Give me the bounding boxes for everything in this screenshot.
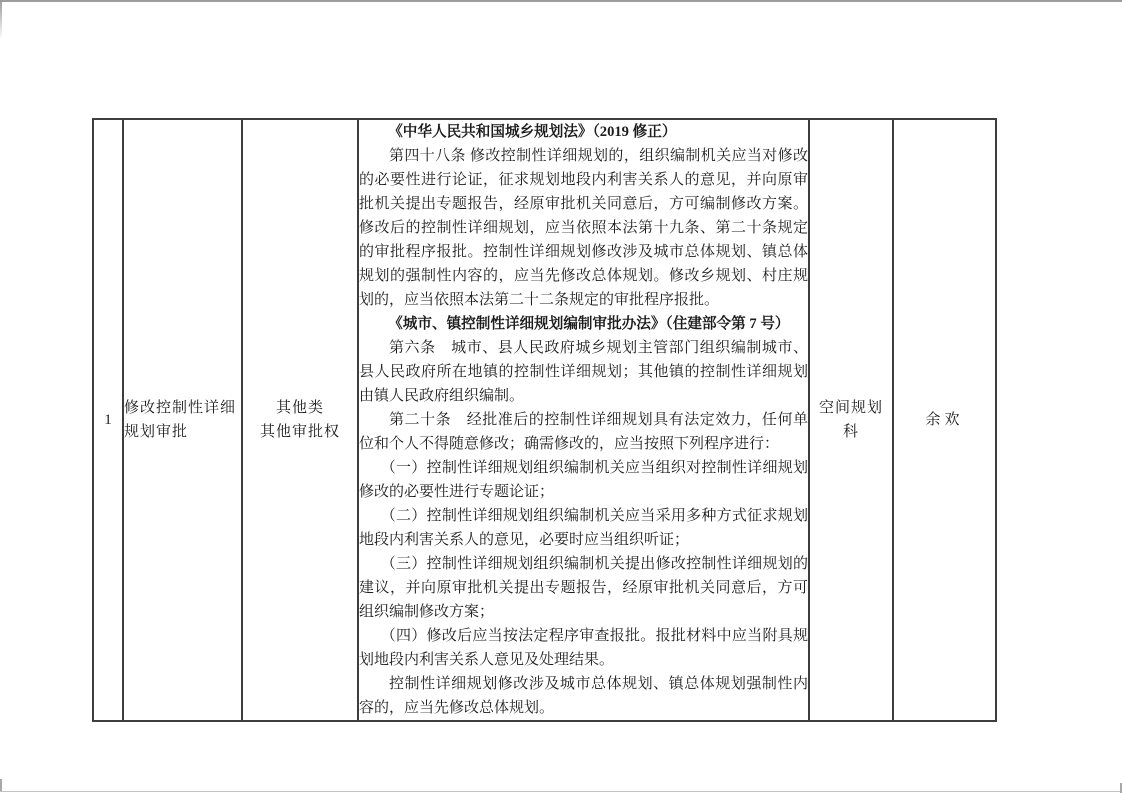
category-cell: 其他类 其他审批权: [242, 119, 358, 721]
legal-paragraph-2: 第六条 城市、县人民政府城乡规划主管部门组织编制城市、县人民政府所在地镇的控制性…: [359, 336, 808, 408]
legal-paragraph-4: 控制性详细规划修改涉及城市总体规划、镇总体规划强制性内容的，应当先修改总体规划。: [359, 672, 808, 720]
legal-heading-1: 《中华人民共和国城乡规划法》（2019 修正）: [359, 120, 808, 144]
department-line-2: 科: [810, 420, 892, 444]
category-line-2: 其他审批权: [243, 420, 357, 444]
document-page: 1 修改控制性详细 规划审批 其他类 其他审批权 《中华人民共和国城乡规划法》（…: [0, 0, 1122, 793]
legal-subitem-3: （三）控制性详细规划组织编制机关提出修改控制性详细规划的建议，并向原审批机关提出…: [359, 552, 808, 624]
reviewer-cell: 余欢: [893, 119, 996, 721]
page-edge-left-line: [0, 0, 2, 40]
approval-items-table: 1 修改控制性详细 规划审批 其他类 其他审批权 《中华人民共和国城乡规划法》（…: [92, 118, 997, 722]
department-cell: 空间规划 科: [809, 119, 893, 721]
department-line-1: 空间规划: [810, 396, 892, 420]
legal-subitem-1: （一）控制性详细规划组织编制机关应当组织对控制性详细规划修改的必要性进行专题论证…: [359, 456, 808, 504]
legal-subitem-4: （四）修改后应当按法定程序审查报批。报批材料中应当附具规划地段内利害关系人意见及…: [359, 624, 808, 672]
item-name-line-2: 规划审批: [124, 420, 241, 444]
page-edge-bottom-line: [0, 791, 1122, 792]
legal-paragraph-1: 第四十八条 修改控制性详细规划的，组织编制机关应当对修改的必要性进行论证，征求规…: [359, 144, 808, 312]
page-edge-bottom-left-mark: [0, 779, 2, 791]
legal-paragraph-3: 第二十条 经批准后的控制性详细规划具有法定效力，任何单位和个人不得随意修改；确需…: [359, 408, 808, 456]
legal-heading-2: 《城市、镇控制性详细规划编制审批办法》（住建部令第 7 号）: [359, 312, 808, 336]
sequence-number-cell: 1: [93, 119, 123, 721]
page-edge-top-line: [0, 0, 1122, 2]
table-row: 1 修改控制性详细 规划审批 其他类 其他审批权 《中华人民共和国城乡规划法》（…: [93, 119, 996, 721]
item-name-line-1: 修改控制性详细: [124, 396, 241, 420]
legal-subitem-2: （二）控制性详细规划组织编制机关应当采用多种方式征求规划地段内利害关系人的意见，…: [359, 504, 808, 552]
sequence-number: 1: [104, 412, 112, 428]
legal-basis-cell: 《中华人民共和国城乡规划法》（2019 修正） 第四十八条 修改控制性详细规划的…: [358, 119, 809, 721]
reviewer-name: 余欢: [925, 412, 963, 428]
item-name-cell: 修改控制性详细 规划审批: [123, 119, 242, 721]
category-line-1: 其他类: [243, 396, 357, 420]
